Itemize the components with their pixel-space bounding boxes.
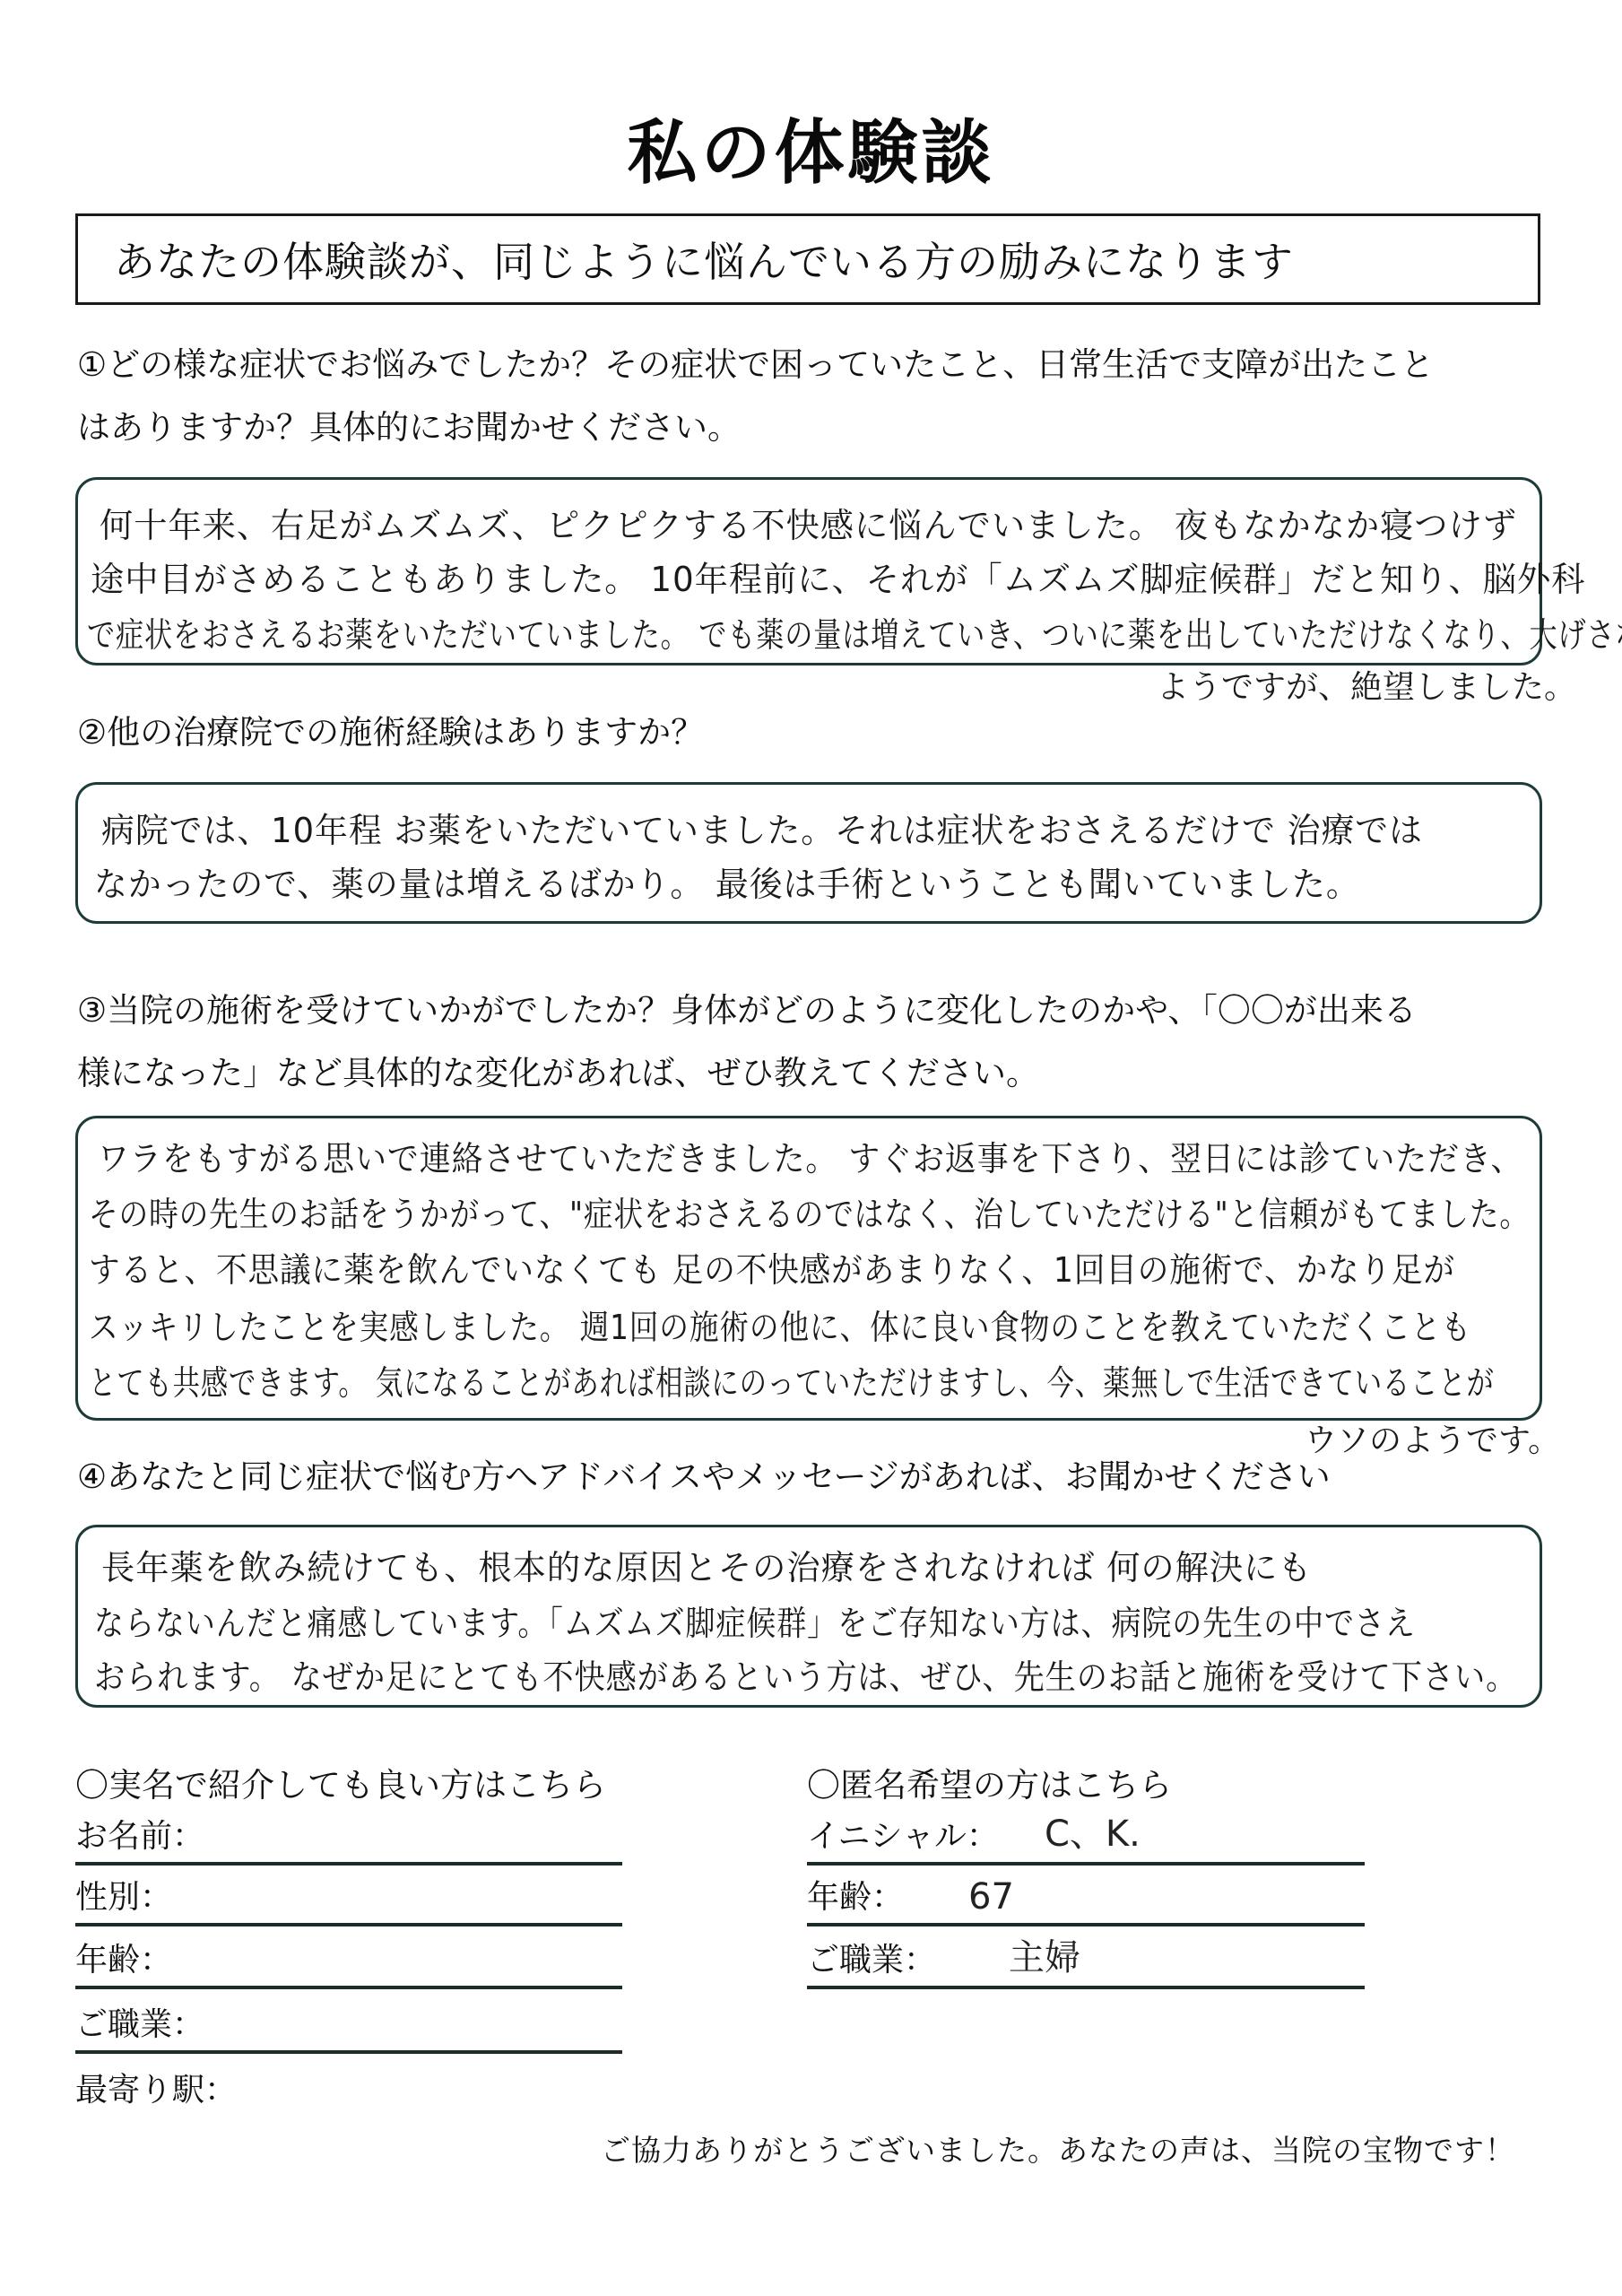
initials-label: イニシャル： xyxy=(807,1811,999,1857)
real-occupation-field[interactable]: ご職業： xyxy=(75,1998,622,2054)
banner: あなたの体験談が、同じように悩んでいる方の励みになります xyxy=(75,213,1540,305)
nearest-station-label: 最寄り駅： xyxy=(75,2065,237,2110)
question-4-line-1: ④あなたと同じ症状で悩む方へアドバイスやメッセージがあれば、お聞かせください xyxy=(77,1446,1566,1509)
real-age-label: 年齢： xyxy=(75,1935,172,1980)
question-3: ③当院の施術を受けていかがでしたか？身体がどのように変化したのかや、「〇〇が出来… xyxy=(77,979,1566,1105)
name-label: お名前： xyxy=(75,1811,204,1857)
banner-text: あなたの体験談が、同じように悩んでいる方の励みになります xyxy=(114,230,1294,289)
gender-label: 性別： xyxy=(75,1872,172,1918)
answer-4-line-3: おられます。 なぜか足にとても不快感があるという方は、ぜひ、先生のお話と施術を受… xyxy=(94,1649,1517,1699)
answer-4-line-2: ならないんだと痛感しています。「ムズムズ脚症候群」をご存知ない方は、病院の先生の… xyxy=(94,1596,1416,1645)
question-1-line-1: ①どの様な症状でお悩みでしたか？その症状で困っていたこと、日常生活で支障が出たこ… xyxy=(77,334,1566,396)
answer-box-2[interactable]: 病院では、10年程 お薬をいただいていました。それは症状をおさえるだけで 治療で… xyxy=(75,782,1542,924)
answer-1-line-1: 何十年来、右足がムズムズ、ピクピクする不快感に悩んでいました。 夜もなかなか寝つ… xyxy=(100,498,1517,547)
question-2: ②他の治療院での施術経験はありますか？ xyxy=(77,701,1566,764)
answer-1-line-2: 途中目がさめることもありました。 10年程前に、それが「ムズムズ脚症候群」だと知… xyxy=(91,552,1585,601)
footer-thanks: ご協力ありがとうございました。あなたの声は、当院の宝物です！ xyxy=(601,2127,1515,2170)
answer-3-line-1: ワラをもすがる思いで連絡させていただきました。 すぐお返事を下さり、翌日には診て… xyxy=(98,1131,1522,1180)
answer-3-line-4: スッキリしたことを実感しました。 週1回の施術の他に、体に良い食物のことを教えて… xyxy=(89,1300,1471,1349)
real-gender-field[interactable]: 性別： xyxy=(75,1871,622,1926)
anon-occupation-field[interactable]: ご職業： 主婦 xyxy=(807,1934,1365,1989)
answer-box-3[interactable]: ワラをもすがる思いで連絡させていただきました。 すぐお返事を下さり、翌日には診て… xyxy=(75,1116,1542,1421)
question-1: ①どの様な症状でお悩みでしたか？その症状で困っていたこと、日常生活で支障が出たこ… xyxy=(77,334,1566,459)
answer-2-line-2: なかったので、薬の量は増えるばかり。 最後は手術ということも聞いていました。 xyxy=(94,857,1360,906)
answer-3-line-5: とても共感できます。 気になることがあれば相談にのっていただけますし、今、薬無し… xyxy=(89,1355,1495,1405)
anonymous-heading: 〇匿名希望の方はこちら xyxy=(807,1758,1172,1806)
anon-age-label: 年齢： xyxy=(807,1872,904,1918)
page-title: 私の体験談 xyxy=(0,97,1622,197)
question-1-line-2: はありますか？具体的にお聞かせください。 xyxy=(77,396,1566,459)
question-3-line-2: 様になった」など具体的な変化があれば、ぜひ教えてください。 xyxy=(77,1042,1566,1105)
real-name-heading: 〇実名で紹介しても良い方はこちら xyxy=(75,1758,606,1806)
answer-1-line-3: で症状をおさえるお薬をいただいていました。 でも薬の量は増えていき、ついに薬を出… xyxy=(87,607,1622,657)
answer-box-1[interactable]: 何十年来、右足がムズムズ、ピクピクする不快感に悩んでいました。 夜もなかなか寝つ… xyxy=(75,477,1542,665)
real-name-field[interactable]: お名前： xyxy=(75,1810,622,1865)
initials-value: C、K. xyxy=(1045,1805,1141,1857)
question-4: ④あなたと同じ症状で悩む方へアドバイスやメッセージがあれば、お聞かせください xyxy=(77,1446,1566,1509)
answer-box-4[interactable]: 長年薬を飲み続けても、根本的な原因とその治療をされなければ 何の解決にも ならな… xyxy=(75,1525,1542,1708)
answer-3-line-3: すると、不思議に薬を飲んでいなくても 足の不快感があまりなく、1回目の施術で、か… xyxy=(89,1242,1455,1291)
initials-field[interactable]: イニシャル： C、K. xyxy=(807,1810,1365,1865)
answer-4-line-1: 長年薬を飲み続けても、根本的な原因とその治療をされなければ 何の解決にも xyxy=(101,1540,1313,1589)
question-2-line-1: ②他の治療院での施術経験はありますか？ xyxy=(77,701,1566,764)
real-occupation-label: ご職業： xyxy=(75,1999,204,2045)
anon-age-value: 67 xyxy=(968,1876,1014,1918)
anon-occupation-value: 主婦 xyxy=(1009,1929,1080,1980)
answer-3-line-2: その時の先生のお話をうかがって、"症状をおさえるのではなく、治していただける"と… xyxy=(89,1187,1530,1236)
answer-2-line-1: 病院では、10年程 お薬をいただいていました。それは症状をおさえるだけで 治療で… xyxy=(101,803,1423,852)
anon-occupation-label: ご職業： xyxy=(807,1935,936,1980)
question-3-line-1: ③当院の施術を受けていかがでしたか？身体がどのように変化したのかや、「〇〇が出来… xyxy=(77,979,1566,1042)
anon-age-field[interactable]: 年齢： 67 xyxy=(807,1871,1365,1926)
real-age-field[interactable]: 年齢： xyxy=(75,1934,622,1989)
